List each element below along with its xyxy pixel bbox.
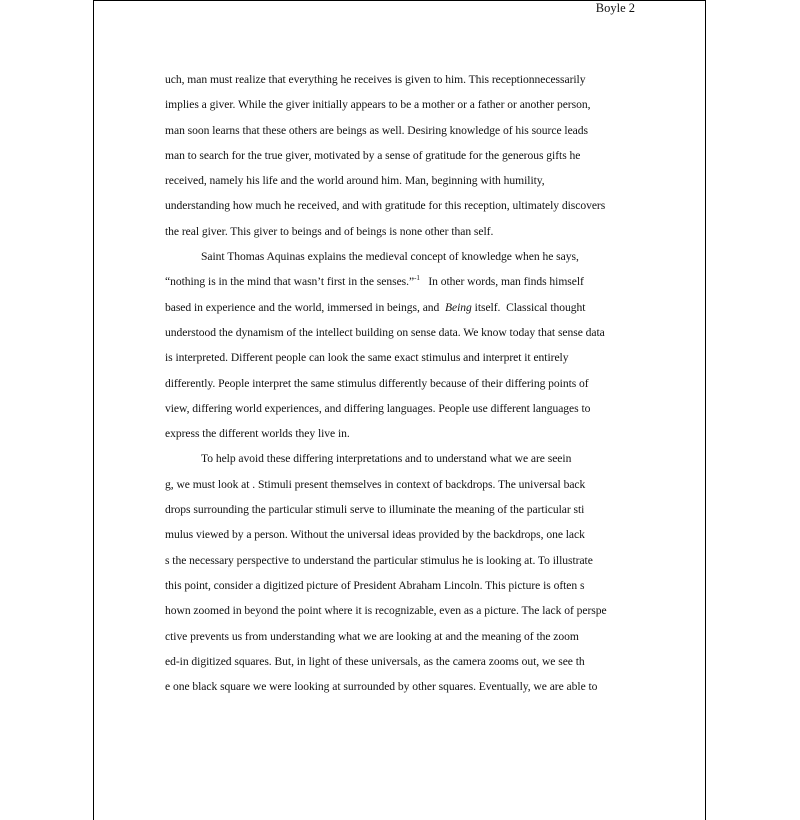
text-line: view, differing world experiences, and d… bbox=[165, 401, 645, 426]
text-line: understood the dynamism of the intellect… bbox=[165, 325, 645, 350]
line-text: itself. Classical thought bbox=[472, 301, 586, 314]
text-line: express the different worlds they live i… bbox=[165, 426, 645, 451]
text-line: the real giver. This giver to beings and… bbox=[165, 224, 645, 249]
text-line: ed-in digitized squares. But, in light o… bbox=[165, 654, 645, 679]
line-text: Saint Thomas Aquinas explains the mediev… bbox=[201, 250, 579, 263]
text-line: e one black square we were looking at su… bbox=[165, 679, 645, 704]
paragraph-1: uch, man must realize that everything he… bbox=[165, 72, 645, 249]
quotation-text: “nothing is in the mind that wasn’t firs… bbox=[165, 275, 414, 288]
text-line: ctive prevents us from understanding wha… bbox=[165, 629, 645, 654]
text-line: g, we must look at . Stimuli present the… bbox=[165, 477, 645, 502]
text-line: Saint Thomas Aquinas explains the mediev… bbox=[165, 249, 645, 274]
text-line: based in experience and the world, immer… bbox=[165, 300, 645, 325]
text-line: uch, man must realize that everything he… bbox=[165, 72, 645, 97]
text-line: differently. People interpret the same s… bbox=[165, 376, 645, 401]
line-text: based in experience and the world, immer… bbox=[165, 301, 445, 314]
document-page: Boyle 2 uch, man must realize that every… bbox=[93, 0, 706, 800]
text-line: received, namely his life and the world … bbox=[165, 173, 645, 198]
line-text: In other words, man finds himself bbox=[420, 275, 584, 288]
text-line: implies a giver. While the giver initial… bbox=[165, 97, 645, 122]
text-line: mulus viewed by a person. Without the un… bbox=[165, 527, 645, 552]
line-text: To help avoid these differing interpreta… bbox=[201, 452, 571, 465]
text-line: man soon learns that these others are be… bbox=[165, 123, 645, 148]
text-line: man to search for the true giver, motiva… bbox=[165, 148, 645, 173]
running-head: Boyle 2 bbox=[596, 1, 635, 15]
paragraph-2: Saint Thomas Aquinas explains the mediev… bbox=[165, 249, 645, 451]
body-text: uch, man must realize that everything he… bbox=[165, 72, 645, 704]
text-line: understanding how much he received, and … bbox=[165, 198, 645, 223]
text-line: To help avoid these differing interpreta… bbox=[165, 451, 645, 476]
italic-term: Being bbox=[445, 301, 472, 314]
text-line: “nothing is in the mind that wasn’t firs… bbox=[165, 274, 645, 299]
paragraph-3: To help avoid these differing interpreta… bbox=[165, 451, 645, 704]
text-line: this point, consider a digitized picture… bbox=[165, 578, 645, 603]
text-line: is interpreted. Different people can loo… bbox=[165, 350, 645, 375]
text-line: drops surrounding the particular stimuli… bbox=[165, 502, 645, 527]
text-line: hown zoomed in beyond the point where it… bbox=[165, 603, 645, 628]
text-line: s the necessary perspective to understan… bbox=[165, 553, 645, 578]
